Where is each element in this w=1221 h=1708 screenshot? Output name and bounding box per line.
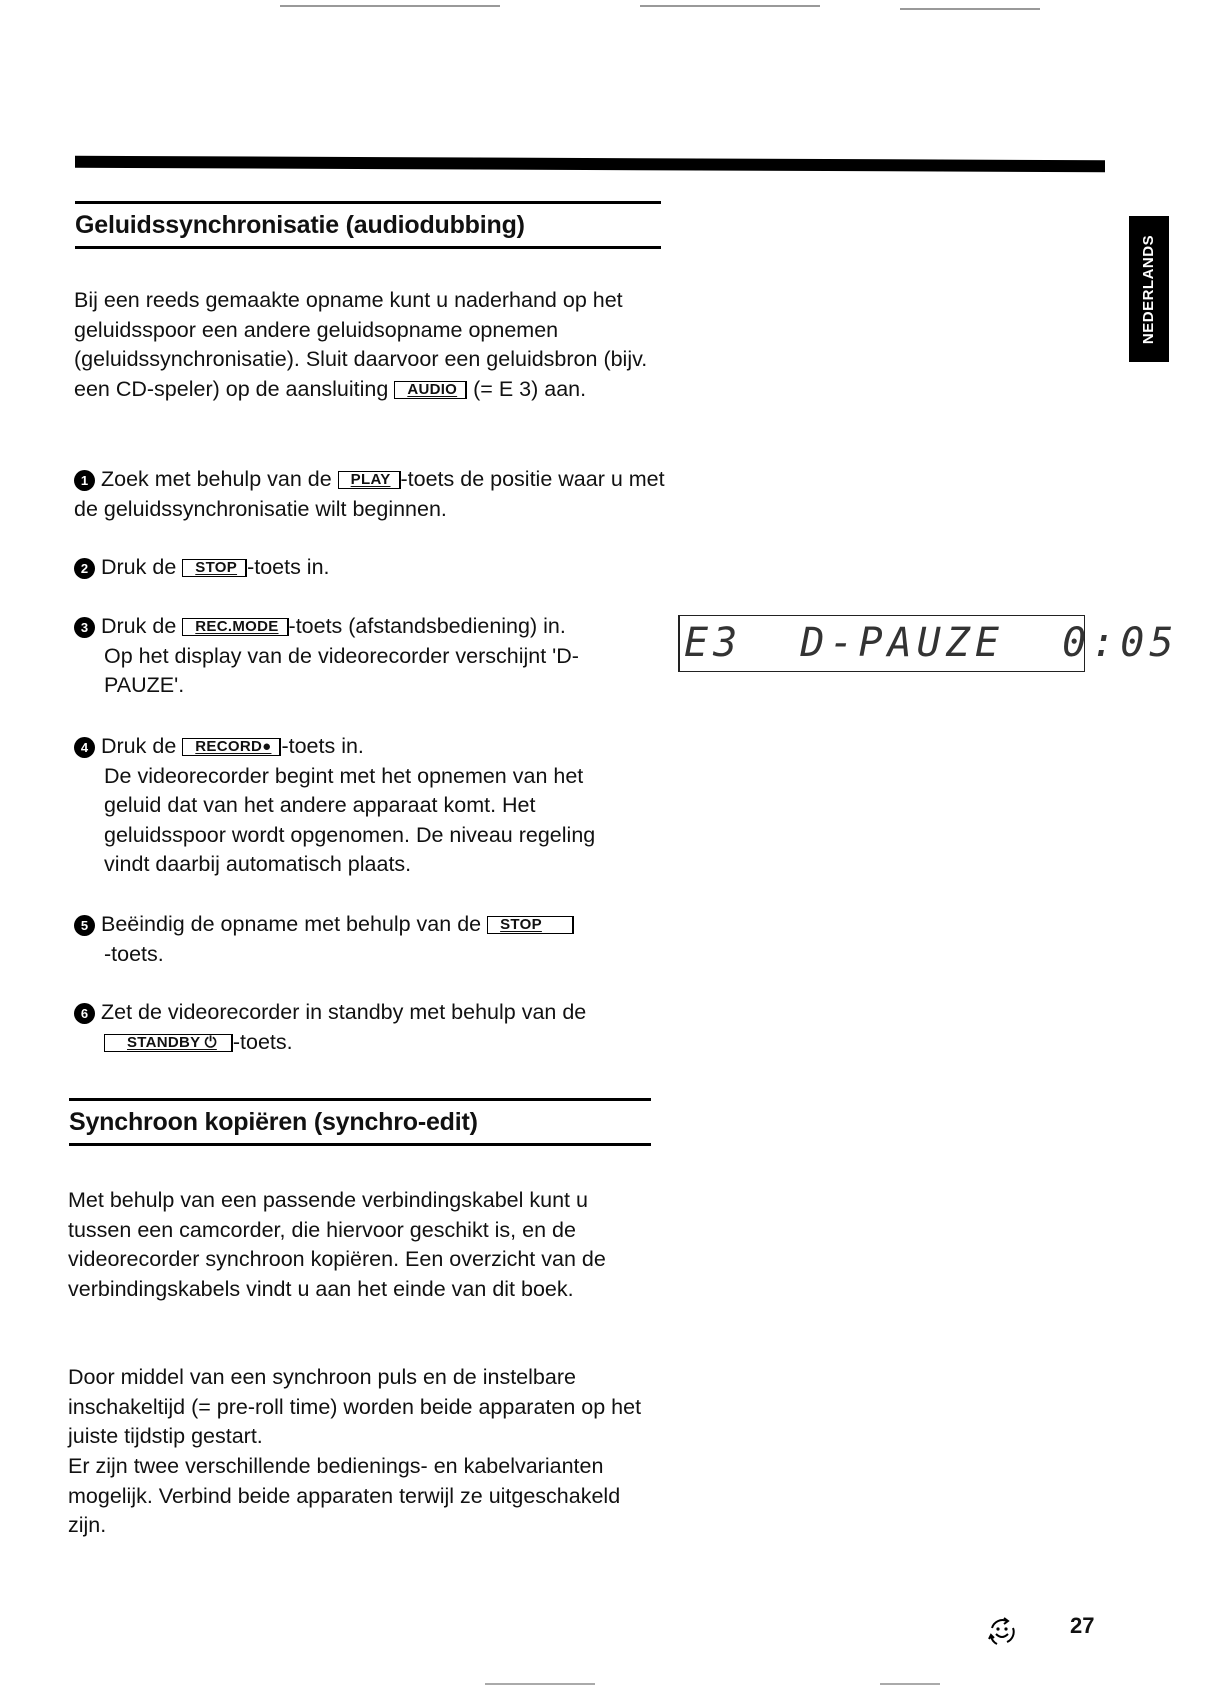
step-text: -toets in.: [281, 734, 363, 758]
scan-artifact: [640, 5, 820, 7]
step-detail: De videorecorder begint met het opnemen …: [74, 762, 644, 880]
step-text: Beëindig de opname met behulp van de: [101, 912, 481, 936]
intro-paragraph: Bij een reeds gemaakte opname kunt u nad…: [74, 286, 674, 404]
scan-artifact: [485, 1683, 595, 1685]
key-play: PLAY: [338, 471, 401, 489]
step-3: 3Druk de REC.MODE-toets (afstandsbedieni…: [74, 612, 674, 701]
step-text: -toets.: [74, 940, 634, 970]
step-text: Zet de videorecorder in standby met behu…: [101, 1000, 586, 1024]
step-text: Druk de: [101, 734, 176, 758]
step-text: Druk de: [101, 614, 176, 638]
heading-rule-bottom: [75, 246, 661, 249]
key-standby: STANDBY ⏻: [104, 1034, 233, 1052]
section2-paragraph-2: Door middel van een synchroon puls en de…: [68, 1363, 648, 1452]
header-rule: [75, 156, 1105, 172]
section2-paragraph-1: Met behulp van een passende verbindingsk…: [68, 1186, 648, 1304]
key-stop: STOP: [182, 559, 247, 577]
step-6: 6Zet de videorecorder in standby met beh…: [74, 998, 674, 1057]
key-audio: AUDIO: [394, 381, 467, 399]
step-text: -toets in.: [247, 555, 329, 579]
step-text: -toets.: [233, 1030, 293, 1054]
step-number-badge: 4: [74, 737, 95, 758]
step-detail: Op het display van de videorecorder vers…: [74, 642, 624, 701]
section-heading: Synchroon kopiëren (synchro-edit): [69, 1098, 651, 1146]
step-number-badge: 2: [74, 558, 95, 579]
section2-paragraph-3: Er zijn twee verschillende bedienings- e…: [68, 1452, 648, 1541]
scan-artifact: [900, 8, 1040, 10]
key-rec-mode: REC.MODE: [182, 618, 288, 636]
key-stop: STOP: [487, 916, 574, 934]
section-title: Synchroon kopiëren (synchro-edit): [69, 1101, 651, 1143]
step-text: Zoek met behulp van de: [101, 467, 332, 491]
section-title: Geluidssynchronisatie (audiodubbing): [75, 204, 661, 246]
heading-rule-bottom: [69, 1143, 651, 1146]
page-number: 27: [1070, 1613, 1094, 1639]
scan-artifact: [280, 5, 500, 7]
language-tab-label: NEDERLANDS: [1141, 234, 1158, 343]
display-time: 0:05: [1062, 620, 1178, 666]
step-1: 1Zoek met behulp van de PLAY-toets de po…: [74, 465, 674, 524]
scan-artifact: [880, 1683, 940, 1685]
step-key-line: STANDBY ⏻-toets.: [74, 1028, 674, 1058]
step-number-badge: 1: [74, 470, 95, 491]
step-text: -toets (afstandsbediening) in.: [289, 614, 566, 638]
step-number-badge: 5: [74, 915, 95, 936]
intro-text-end: (= E 3) aan.: [473, 377, 586, 401]
step-4: 4Druk de RECORD●-toets in. De videorecor…: [74, 732, 674, 880]
display-message: D-PAUZE: [800, 620, 1004, 666]
step-number-badge: 6: [74, 1003, 95, 1024]
vcr-display: E3 D-PAUZE 0:05: [678, 615, 1085, 672]
display-channel: E3: [684, 620, 742, 666]
language-tab: NEDERLANDS: [1129, 216, 1169, 362]
step-2: 2Druk de STOP-toets in.: [74, 553, 674, 583]
step-5: 5Beëindig de opname met behulp van de ST…: [74, 910, 634, 969]
recycle-smiley-icon: [985, 1615, 1019, 1649]
step-text: Druk de: [101, 555, 176, 579]
key-record: RECORD●: [182, 738, 281, 756]
step-number-badge: 3: [74, 617, 95, 638]
section-heading: Geluidssynchronisatie (audiodubbing): [75, 201, 661, 249]
